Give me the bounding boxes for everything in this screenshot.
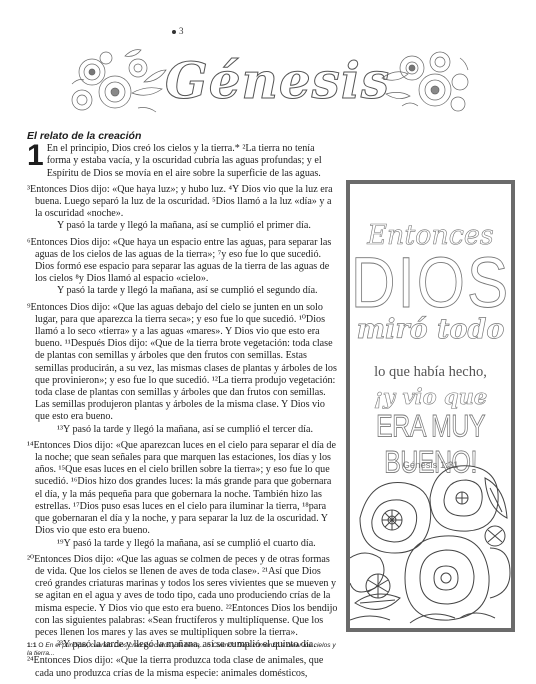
- verse-art-panel: Entonces DIOS miró todo lo que había hec…: [346, 180, 515, 632]
- verse-paragraph: ²⁴Entonces Dios dijo: «Que la tierra pro…: [27, 655, 339, 679]
- bullet-icon: [172, 30, 176, 34]
- footnote: 1:1 O En el principio, cuando Dios creó …: [27, 642, 337, 658]
- section-heading: El relato de la creación: [27, 130, 339, 142]
- panel-line-dios: DIOS: [350, 243, 511, 325]
- coloring-flowers-icon: [350, 458, 511, 628]
- floral-right-icon: [380, 48, 470, 114]
- verse-paragraph: ³Entonces Dios dijo: «Que haya luz»; y h…: [27, 184, 339, 233]
- verse-paragraph: ⁶Entonces Dios dijo: «Que haya un espaci…: [27, 237, 339, 298]
- page-number: 3: [172, 26, 184, 36]
- evening-line: ¹⁹Y pasó la tarde y llegó la mañana, así…: [35, 538, 339, 550]
- verse-paragraph: ¹⁴Entonces Dios dijo: «Que aparezcan luc…: [27, 440, 339, 550]
- scripture-text: El relato de la creación 1 En el princip…: [27, 130, 339, 680]
- evening-line: ¹³Y pasó la tarde y llegó la mañana, así…: [35, 424, 339, 436]
- footnote-ref: 1:1: [27, 642, 37, 649]
- panel-line-miro-todo: miró todo: [350, 314, 511, 345]
- evening-line: Y pasó la tarde y llegó la mañana, así s…: [35, 220, 339, 232]
- book-title: Génesis: [165, 48, 380, 114]
- floral-left-icon: [70, 48, 168, 118]
- verse-paragraph: ²⁰Entonces Dios dijo: «Que las aguas se …: [27, 554, 339, 652]
- evening-line: Y pasó la tarde y llegó la mañana, así s…: [35, 285, 339, 297]
- panel-line-lo-que: lo que había hecho,: [350, 364, 511, 381]
- verse-paragraph: 1 En el principio, Dios creó los cielos …: [27, 143, 339, 180]
- verse-paragraph: ⁹Entonces Dios dijo: «Que las aguas deba…: [27, 302, 339, 436]
- panel-line-vio-que: ¡y vio que: [350, 384, 511, 409]
- chapter-number: 1: [27, 144, 44, 168]
- book-header: Génesis: [70, 48, 470, 118]
